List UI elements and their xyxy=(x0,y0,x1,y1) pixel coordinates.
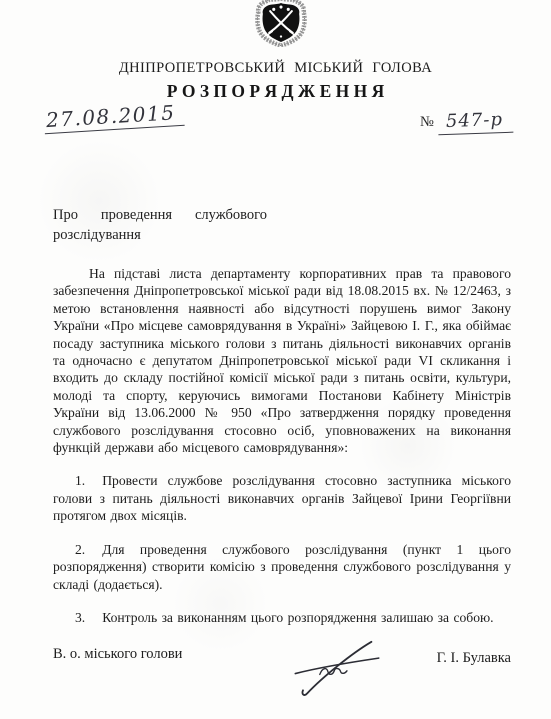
handwritten-date: 27.08.2015 xyxy=(43,100,184,134)
point-2-text: Для проведення службового розслідування … xyxy=(53,542,511,592)
point-2-number: 2. xyxy=(75,542,85,557)
point-1-number: 1. xyxy=(75,473,85,488)
document-date: 27.08.2015 xyxy=(43,100,184,134)
preamble-paragraph: На підставі листа департаменту корпорати… xyxy=(53,265,511,456)
handwritten-signature-icon xyxy=(291,640,383,698)
point-3: 3.Контроль за виконанням цього розпорядж… xyxy=(53,609,511,626)
number-sign-label: № xyxy=(420,114,434,130)
point-2: 2.Для проведення службового розслідуванн… xyxy=(53,541,511,593)
scanned-document-page: ДНІПРОПЕТРОВСЬКИЙ МІСЬКИЙ ГОЛОВА Р О З П… xyxy=(0,0,551,719)
handwritten-number: 547-р xyxy=(437,109,513,136)
signer-name: Г. І. Булавка xyxy=(437,644,511,667)
coat-of-arms-icon xyxy=(252,0,310,47)
document-body: На підставі листа департаменту корпорати… xyxy=(53,265,511,626)
document-subject: Про проведення службового розслідування xyxy=(53,206,267,245)
signature-block: В. о. міського голови Г. І. Булавка xyxy=(53,644,511,698)
point-1: 1.Провести службове розслідування стосов… xyxy=(53,472,511,524)
signer-position-label: В. о. міського голови xyxy=(53,644,182,663)
document-type-title: Р О З П О Р Я Д Ж Е Н Н Я xyxy=(0,81,551,102)
point-3-number: 3. xyxy=(75,610,85,625)
point-1-text: Провести службове розслідування стосовно… xyxy=(53,473,511,523)
point-3-text: Контроль за виконанням цього розпоряджен… xyxy=(102,610,493,625)
document-type-label: Р О З П О Р Я Д Ж Е Н Н Я xyxy=(167,81,384,101)
organization-title: ДНІПРОПЕТРОВСЬКИЙ МІСЬКИЙ ГОЛОВА xyxy=(0,60,551,77)
document-number: № 547-р xyxy=(420,110,513,134)
